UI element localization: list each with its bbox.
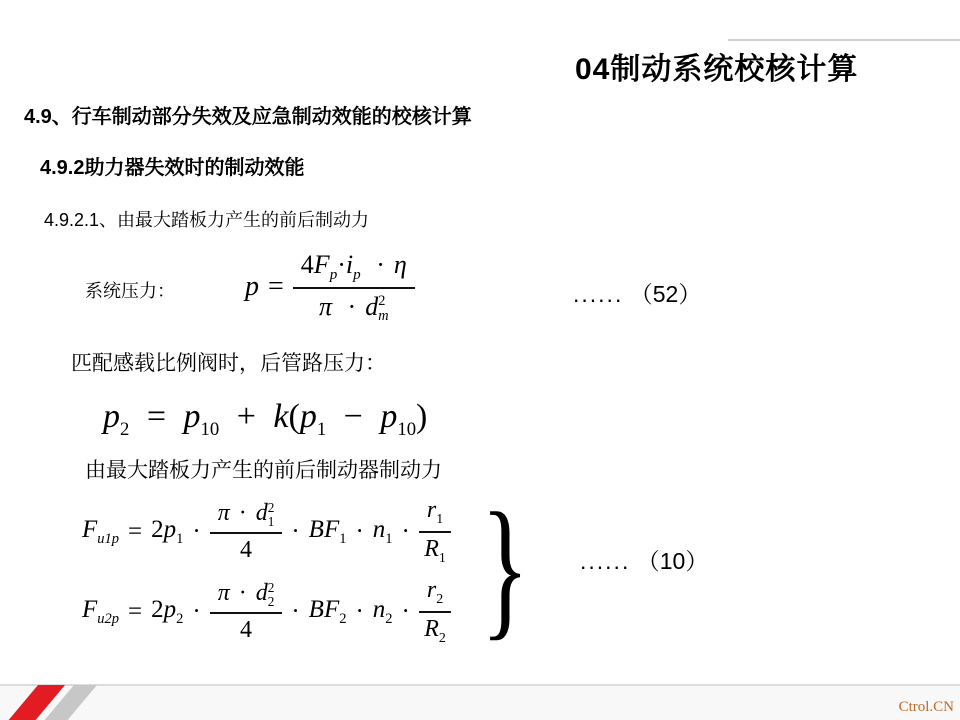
var-p: p	[103, 398, 120, 435]
subsection-heading: 4.9.2助力器失效时的制动效能	[40, 151, 304, 180]
dot-operator: ·	[402, 598, 410, 626]
subscript: 1	[317, 419, 326, 440]
coefficient: 4	[301, 250, 314, 279]
fraction: 4Fp·ip ·η π ·d2m	[293, 250, 415, 324]
subscript: m	[378, 309, 388, 324]
var-pi: π	[218, 580, 230, 606]
system-pressure-label: 系统压力：	[85, 277, 175, 303]
section-heading: 4.9、行车制动部分失效及应急制动效能的校核计算	[24, 100, 472, 129]
subscript: 2	[439, 631, 446, 646]
rear-brake-equation: Fu2p = 2p2 · π·d22 4 · BF2 · n2 · r2 R2	[82, 572, 451, 652]
equals-sign: =	[268, 271, 284, 303]
var-F: F	[82, 596, 97, 623]
subscript: u2p	[97, 611, 119, 627]
front-brake-equation: Fu1p = 2p1 · π·d21 4 · BF1 · n1 · r1 R1	[82, 492, 451, 572]
equals-sign: =	[147, 398, 166, 435]
ellipsis: ......	[573, 281, 623, 307]
var-eta: η	[394, 250, 407, 279]
plus-sign: +	[237, 398, 256, 435]
equation-number: （10）	[637, 548, 709, 574]
formula-rear-line-pressure: p2 = p10 + k(p1 − p10)	[103, 398, 427, 441]
var-F: F	[314, 250, 330, 279]
formula-system-pressure: p = 4Fp·ip ·η π ·d2m	[245, 250, 415, 324]
var-BF: BF	[309, 516, 340, 543]
dot-operator: ·	[376, 250, 385, 279]
superscript: 2	[268, 501, 275, 515]
rear-line-pressure-label: 匹配感载比例阀时，后管路压力：	[71, 347, 386, 377]
slide: 04制动系统校核计算 4.9、行车制动部分失效及应急制动效能的校核计算 4.9.…	[0, 0, 960, 720]
equation-number-10: ...... （10）	[580, 543, 708, 576]
var-p: p	[300, 398, 317, 435]
subscript: 2	[436, 592, 443, 607]
var-BF: BF	[309, 596, 340, 623]
var-d: d	[256, 580, 268, 606]
dot-operator: ·	[402, 518, 410, 546]
subscript: 1	[385, 531, 392, 547]
var-R: R	[424, 536, 439, 562]
var-r: r	[427, 577, 436, 603]
coefficient: 2	[151, 596, 164, 623]
brake-force-label: 由最大踏板力产生的前后制动器制动力	[85, 454, 442, 484]
var-pi: π	[319, 292, 332, 321]
dot-operator: ·	[192, 518, 200, 546]
dot-operator: ·	[337, 250, 346, 279]
dot-operator: ·	[355, 598, 363, 626]
subscript: 1	[176, 531, 183, 547]
var-pi: π	[218, 500, 230, 526]
subscript: u1p	[97, 531, 119, 547]
subscript: 1	[436, 512, 443, 527]
ellipsis: ......	[580, 548, 630, 574]
superscript: 2	[268, 581, 275, 595]
coefficient: 2	[151, 516, 164, 543]
page-title: 04制动系统校核计算	[575, 44, 858, 88]
subscript: 1	[439, 551, 446, 566]
fraction-denominator: π ·d2m	[319, 289, 389, 324]
fraction-denominator: 4	[240, 614, 252, 644]
var-n: n	[373, 516, 386, 543]
subscript: p	[353, 267, 361, 283]
grouping-brace: }	[481, 490, 529, 646]
watermark: Ctrol.CN	[899, 699, 954, 716]
subscript: 1	[339, 531, 346, 547]
subscript: 10	[397, 419, 416, 440]
equals-sign: =	[128, 518, 142, 546]
dot-operator: ·	[355, 518, 363, 546]
subscript: 2	[120, 419, 129, 440]
superscript: 2	[378, 294, 385, 309]
equation-number: （52）	[630, 281, 702, 307]
var-p: p	[380, 398, 397, 435]
var-p: p	[245, 271, 259, 303]
dot-operator: ·	[239, 500, 247, 526]
dot-operator: ·	[239, 580, 247, 606]
fraction: π·d21 4	[210, 500, 283, 563]
var-p: p	[184, 398, 201, 435]
subscript: 2	[268, 595, 275, 609]
fraction-numerator: 4Fp·ip ·η	[293, 250, 415, 289]
dot-operator: ·	[192, 598, 200, 626]
close-paren: )	[416, 398, 427, 435]
var-d: d	[256, 500, 268, 526]
var-p: p	[164, 596, 177, 623]
var-r: r	[427, 497, 436, 523]
var-n: n	[373, 596, 386, 623]
fraction-denominator: 4	[240, 534, 252, 564]
dot-operator: ·	[291, 518, 299, 546]
subscript: 2	[339, 611, 346, 627]
minus-sign: −	[344, 398, 363, 435]
equals-sign: =	[128, 598, 142, 626]
var-p: p	[164, 516, 177, 543]
header-divider-line	[728, 39, 960, 41]
var-d: d	[365, 292, 378, 321]
formula-brake-forces: Fu1p = 2p1 · π·d21 4 · BF1 · n1 · r1 R1 …	[82, 492, 451, 652]
open-paren: (	[289, 398, 300, 435]
dot-operator: ·	[348, 292, 357, 321]
footer-background	[0, 686, 960, 720]
equation-number-52: ...... （52）	[573, 276, 701, 309]
fraction: π·d22 4	[210, 580, 283, 643]
var-R: R	[424, 616, 439, 642]
subscript: 2	[176, 611, 183, 627]
dot-operator: ·	[291, 598, 299, 626]
var-F: F	[82, 516, 97, 543]
subscript: 2	[385, 611, 392, 627]
fraction: r2 R2	[419, 577, 451, 647]
subsubsection-heading: 4.9.2.1、由最大踏板力产生的前后制动力	[44, 206, 369, 232]
subscript: 10	[201, 419, 220, 440]
var-k: k	[273, 398, 288, 435]
subscript: 1	[268, 515, 275, 529]
fraction: r1 R1	[419, 497, 451, 567]
